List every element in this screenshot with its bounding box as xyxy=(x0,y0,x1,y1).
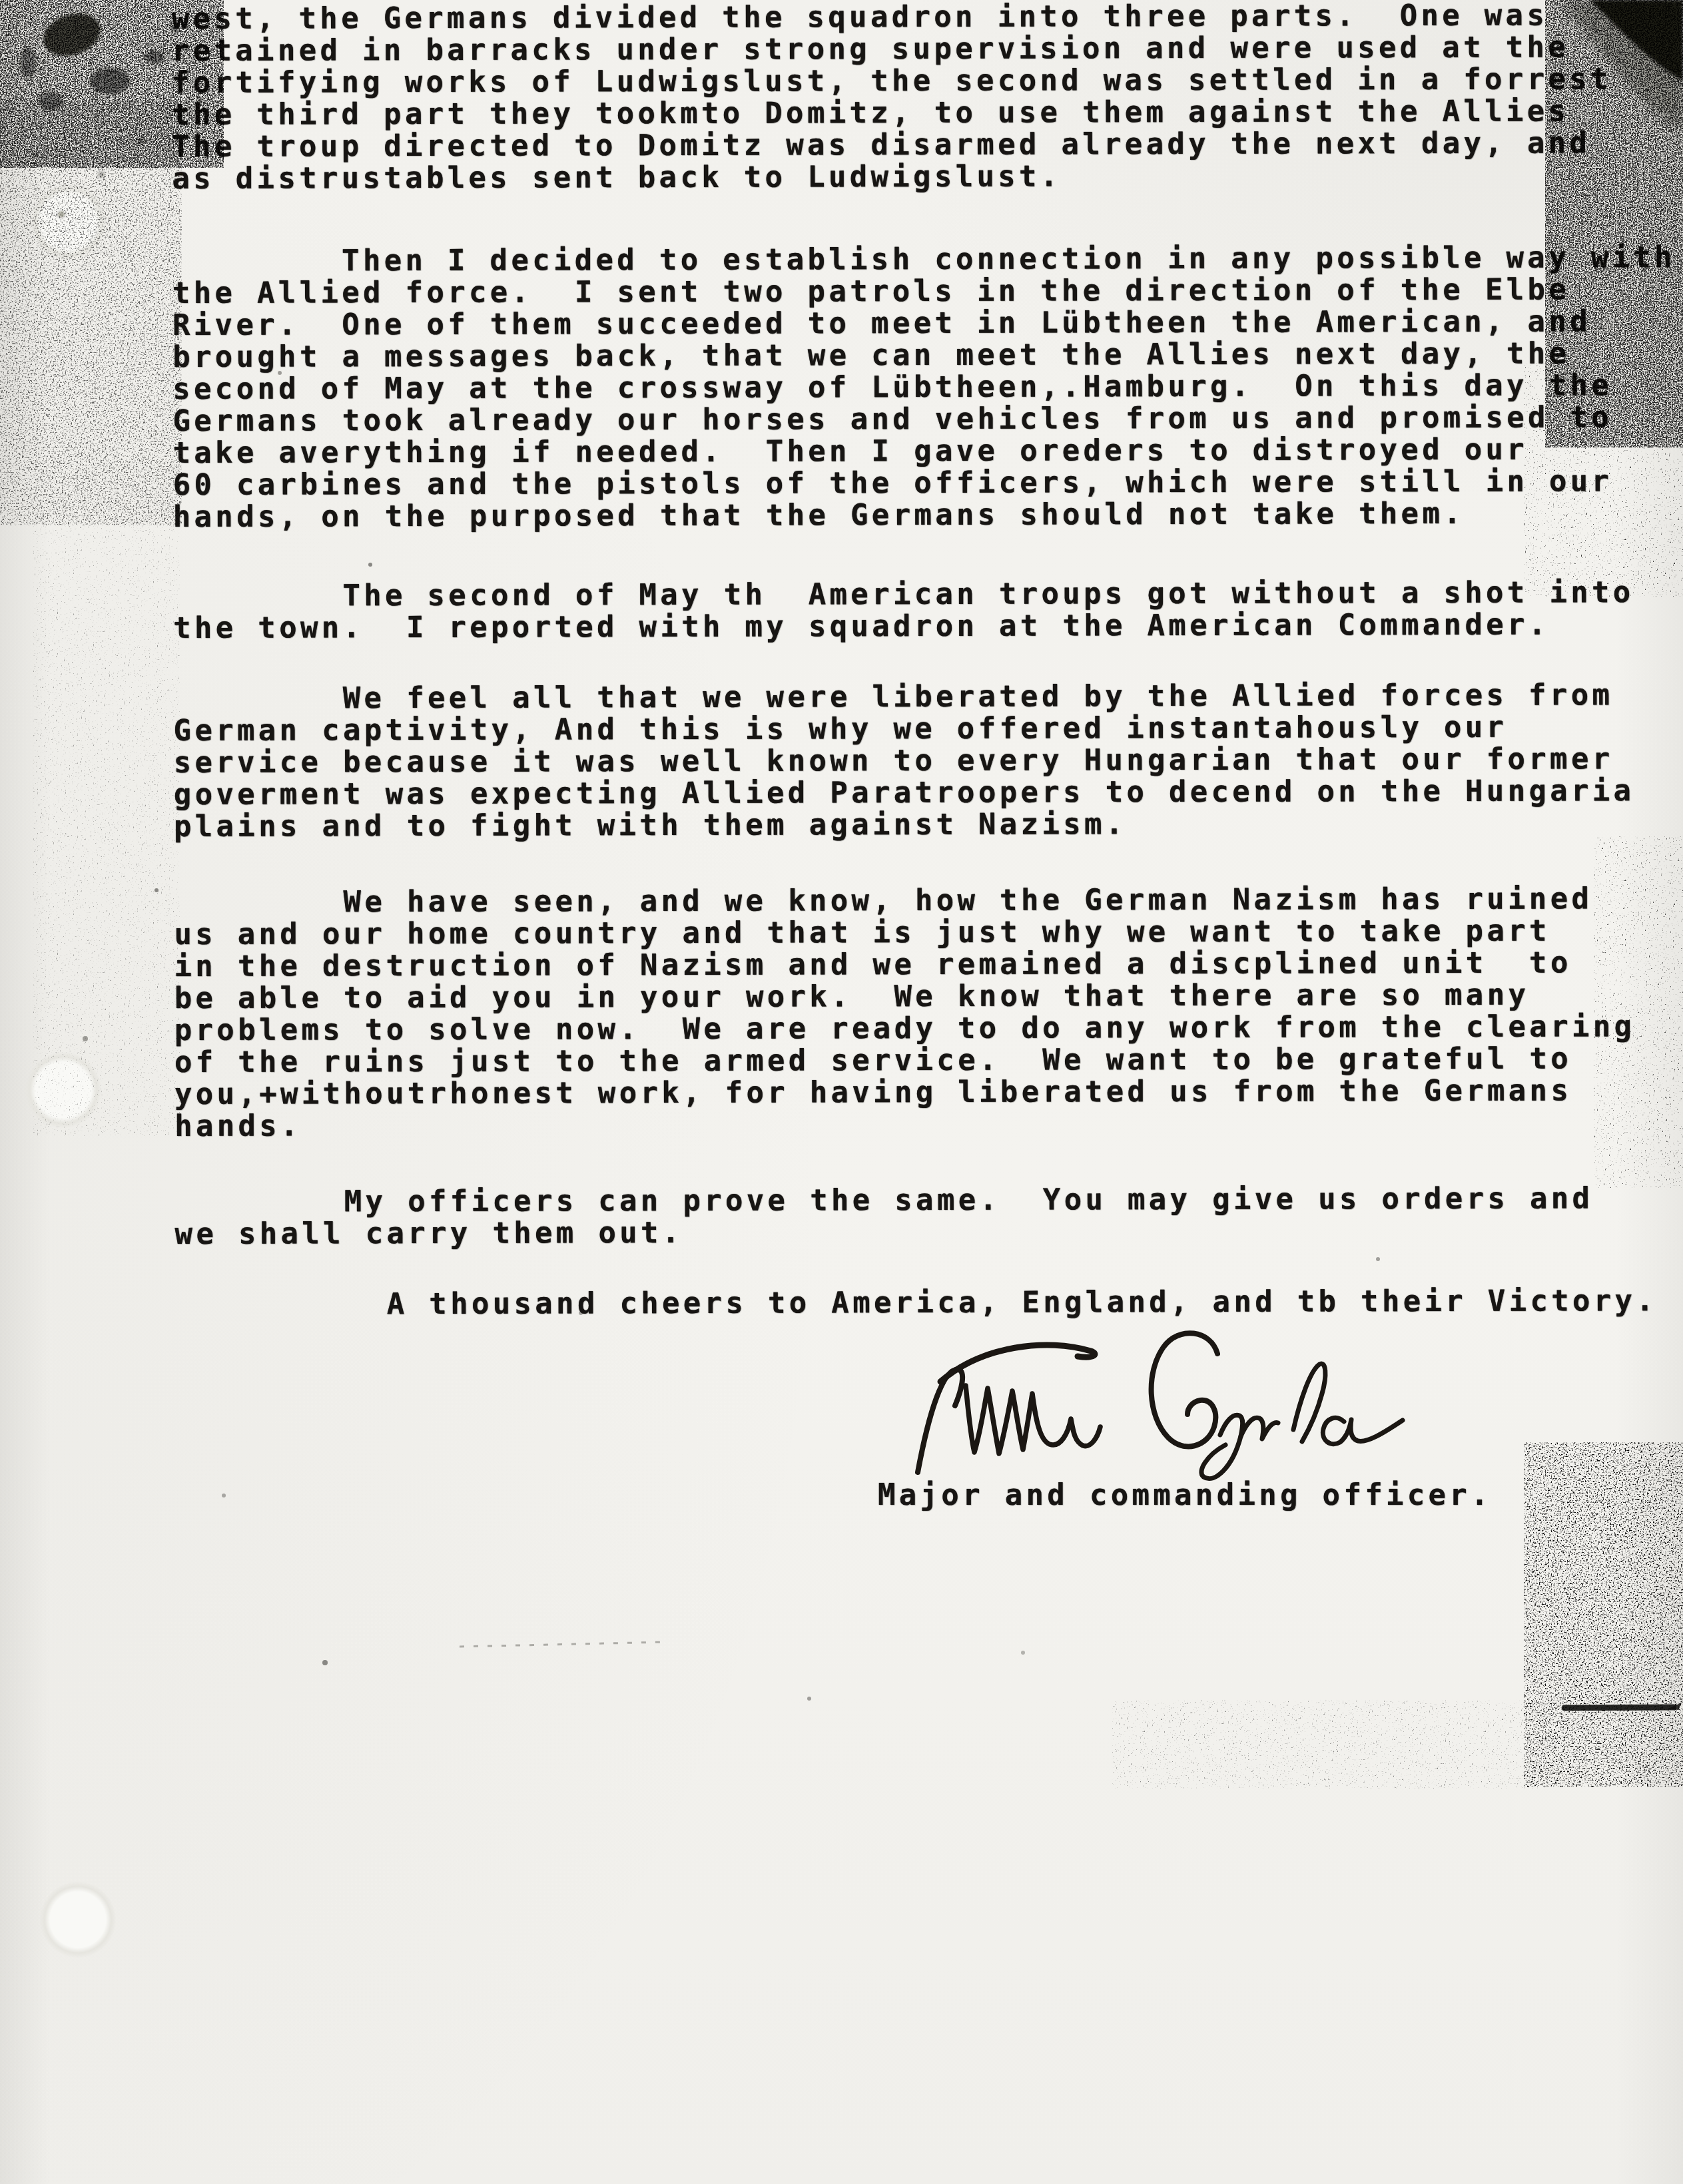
text-line: River. One of them succeeded to meet in … xyxy=(172,306,1676,342)
text-line: you,+withoutrhonest work, for having lib… xyxy=(174,1075,1636,1111)
text-line: Germans took already our horses and vehi… xyxy=(172,402,1676,437)
paragraph-4: We feel all that we were liberated by th… xyxy=(173,679,1634,843)
text-line: retained in barracks under strong superv… xyxy=(172,31,1612,67)
text-line: hands. xyxy=(174,1107,1636,1143)
text-line: the town. I reported with my squadron at… xyxy=(173,609,1634,645)
text-line: of the ruins just to the armed service. … xyxy=(174,1043,1636,1079)
text-line: second of May at the crossway of Lübthee… xyxy=(172,370,1676,406)
text-line: we shall carry them out. xyxy=(174,1215,1593,1250)
text-line: 60 carbines and the pistols of the offic… xyxy=(173,465,1676,501)
paragraph-3: The second of May th American troups got… xyxy=(173,577,1634,645)
text-line: problems to solve now. We are ready to d… xyxy=(174,1011,1636,1047)
text-line: The second of May th American troups got… xyxy=(173,577,1634,613)
signature xyxy=(899,1315,1419,1501)
signature-caption: Major and commanding officer. xyxy=(878,1480,1492,1511)
text-line: plains and to fight with them against Na… xyxy=(174,807,1635,843)
paragraph-5: We have seen, and we know, how the Germa… xyxy=(174,883,1636,1143)
text-line: west, the Germans divided the squadron i… xyxy=(172,0,1612,35)
text-line: We feel all that we were liberated by th… xyxy=(173,679,1634,715)
signature-script xyxy=(899,1315,1419,1501)
text-line: the Allied force. I sent two patrols in … xyxy=(172,274,1676,310)
text-line: be able to aid you in your work. We know… xyxy=(174,979,1636,1015)
text-line: the third part they tookmto Domitz, to u… xyxy=(172,95,1612,131)
typed-text: west, the Germans divided the squadron i… xyxy=(172,0,1683,2184)
text-line: in the destruction of Nazism and we rema… xyxy=(174,947,1635,983)
punch-hole-bottom xyxy=(40,1882,116,1958)
text-line: We have seen, and we know, how the Germa… xyxy=(174,883,1635,919)
text-line: My officers can prove the same. You may … xyxy=(174,1183,1593,1219)
punch-hole-middle xyxy=(25,1052,101,1128)
text-line: German captivity, And this is why we off… xyxy=(174,711,1635,747)
text-line: as distrustables sent back to Ludwigslus… xyxy=(172,159,1612,195)
document-page: west, the Germans divided the squadron i… xyxy=(0,0,1683,2184)
text-line: service because it was well known to eve… xyxy=(174,743,1635,779)
paragraph-6: My officers can prove the same. You may … xyxy=(174,1183,1593,1250)
text-line: brought a messages back, that we can mee… xyxy=(172,338,1676,374)
punch-hole-top xyxy=(31,184,107,260)
paragraph-1: west, the Germans divided the squadron i… xyxy=(172,0,1612,195)
text-line: fortifying works of Ludwigslust, the sec… xyxy=(172,63,1612,99)
paragraph-2: Then I decided to establish connection i… xyxy=(172,242,1676,533)
text-line: us and our home country and that is just… xyxy=(174,915,1635,951)
text-line: take averything if needed. Then I gave o… xyxy=(172,433,1676,469)
text-line: goverment was expecting Allied Paratroop… xyxy=(174,775,1635,811)
text-line: Then I decided to establish connection i… xyxy=(172,242,1676,278)
text-line: The troup directed to Domitz was disarme… xyxy=(172,127,1612,163)
text-line: hands, on the purposed that the Germans … xyxy=(173,497,1676,533)
